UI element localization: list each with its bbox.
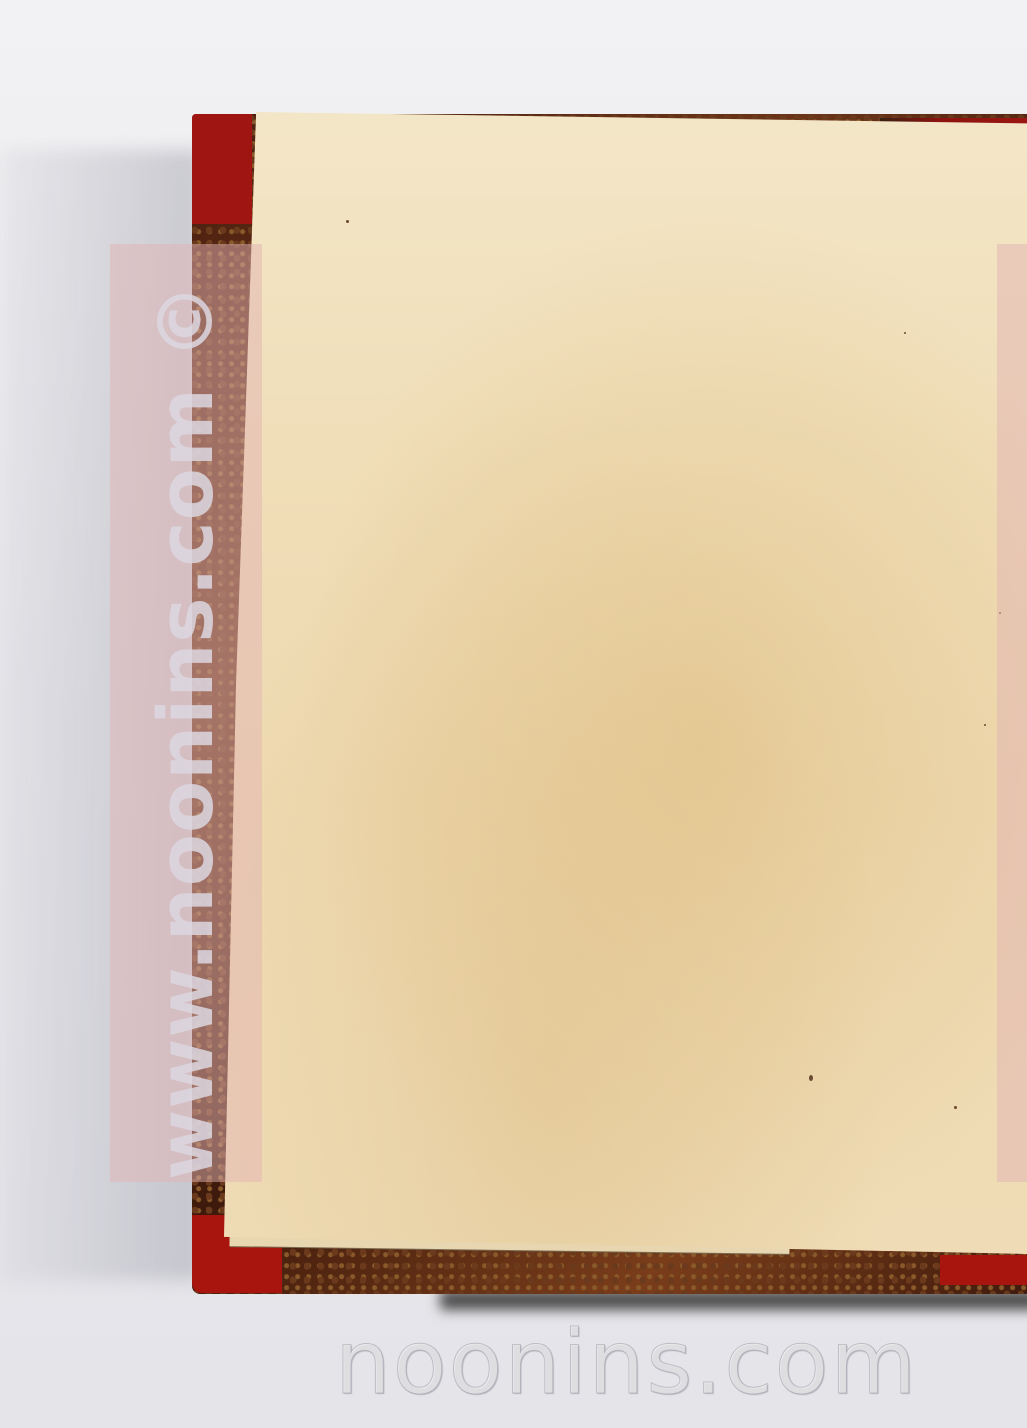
watermark-vertical-text: www.noonins.com © (126, 240, 246, 1180)
cover-corner-top-left (192, 114, 252, 224)
paper-speck (984, 724, 986, 726)
paper-speck (904, 332, 906, 334)
cover-corner-bottom-right (940, 1255, 1027, 1285)
blank-book-page (224, 112, 1027, 1254)
paper-speck (809, 1075, 813, 1081)
paper-speck (954, 1106, 957, 1109)
paper-speck (346, 220, 349, 223)
watermark-bottom-text: noonins.com (335, 1318, 955, 1408)
watermark-band-right (997, 244, 1027, 1182)
